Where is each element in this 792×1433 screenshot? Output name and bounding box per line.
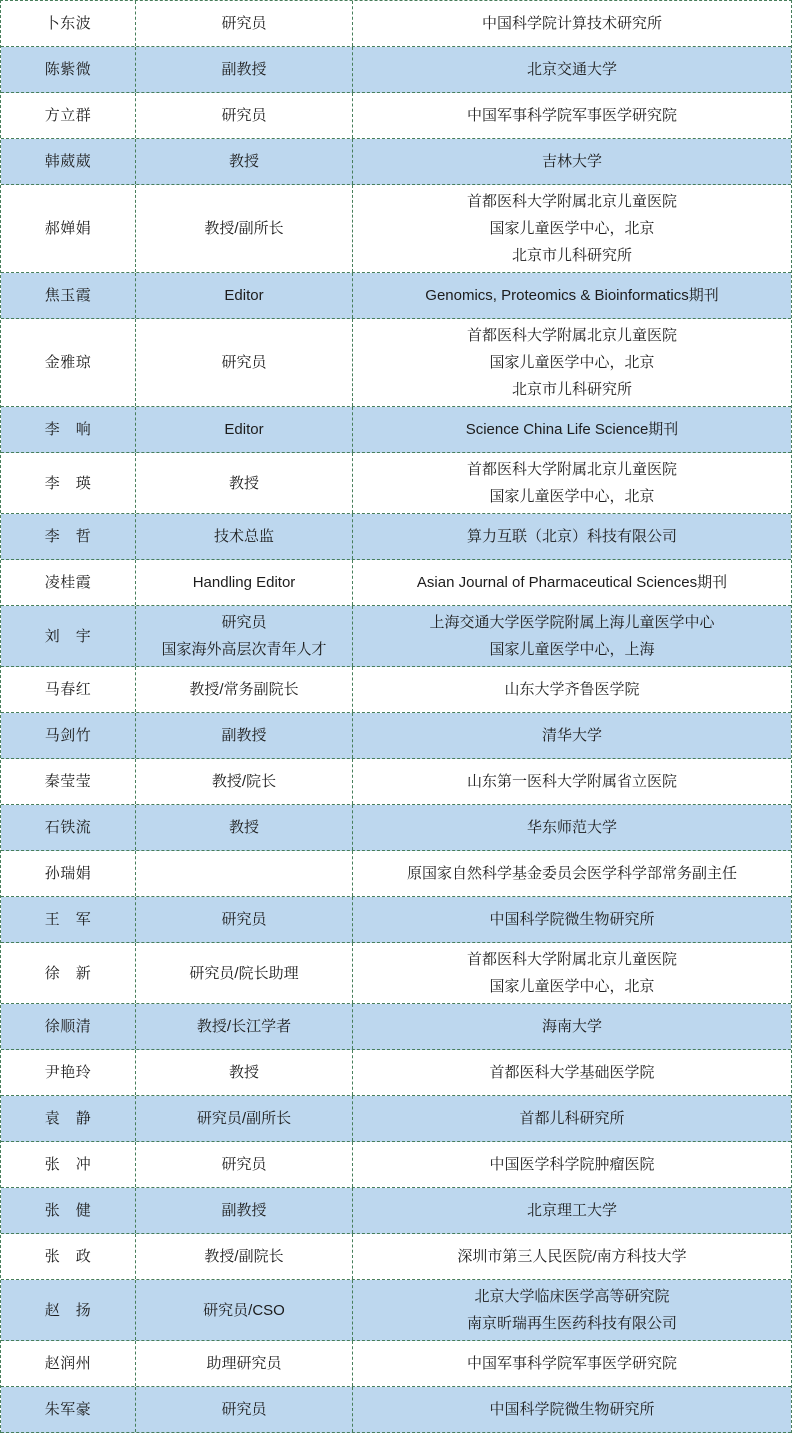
member-name-cell: 郝婵娟 — [1, 185, 136, 272]
member-title-line: 教授 — [229, 148, 259, 175]
member-title-line: 国家海外高层次青年人才 — [161, 636, 326, 663]
member-affiliation-cell: 中国科学院微生物研究所 — [353, 1387, 791, 1432]
member-affiliation-cell: 华东师范大学 — [353, 805, 791, 850]
member-title-cell: 教授/院长 — [136, 759, 353, 804]
member-name-cell: 方立群 — [1, 93, 136, 138]
member-title-line: 研究员/院长助理 — [189, 960, 298, 987]
table-row: 张 政教授/副院长深圳市第三人民医院/南方科技大学 — [1, 1234, 791, 1280]
member-title-cell: 研究员/院长助理 — [136, 943, 353, 1003]
table-row: 韩葳葳教授吉林大学 — [1, 139, 791, 185]
member-affiliation-cell: 中国医学科学院肿瘤医院 — [353, 1142, 791, 1187]
member-title-line: 研究员 — [221, 349, 266, 376]
member-affiliation-cell: 上海交通大学医学院附属上海儿童医学中心国家儿童医学中心，上海 — [353, 606, 791, 666]
member-affiliation-line: 中国医学科学院肿瘤医院 — [489, 1151, 654, 1178]
member-name-cell: 张 冲 — [1, 1142, 136, 1187]
member-affiliation-line: 北京交通大学 — [527, 56, 617, 83]
member-title-cell: 副教授 — [136, 47, 353, 92]
table-row: 尹艳玲教授首都医科大学基础医学院 — [1, 1050, 791, 1096]
member-affiliation-line: 首都医科大学附属北京儿童医院 — [467, 188, 677, 215]
member-affiliation-line: Science China Life Science期刊 — [466, 416, 679, 443]
member-title-cell: 助理研究员 — [136, 1341, 353, 1386]
member-affiliation-line: Asian Journal of Pharmaceutical Sciences… — [417, 569, 727, 596]
member-title-cell: 副教授 — [136, 1188, 353, 1233]
member-name-cell: 张 政 — [1, 1234, 136, 1279]
member-title-line: 研究员 — [221, 1151, 266, 1178]
member-name: 袁 静 — [45, 1105, 92, 1132]
member-name-cell: 卜东波 — [1, 1, 136, 46]
table-row: 刘 宇研究员国家海外高层次青年人才上海交通大学医学院附属上海儿童医学中心国家儿童… — [1, 606, 791, 667]
member-affiliation-cell: 首都医科大学附属北京儿童医院国家儿童医学中心，北京北京市儿科研究所 — [353, 319, 791, 406]
member-name: 郝婵娟 — [45, 215, 92, 242]
member-affiliation-line: 原国家自然科学基金委员会医学科学部常务副主任 — [407, 860, 737, 887]
member-affiliation-line: 山东第一医科大学附属省立医院 — [467, 768, 677, 795]
table-row: 石铁流教授华东师范大学 — [1, 805, 791, 851]
member-affiliation-line: 中国科学院微生物研究所 — [489, 906, 654, 933]
member-name: 方立群 — [45, 102, 92, 129]
member-title-line: 教授/院长 — [212, 768, 276, 795]
member-affiliation-cell: 中国军事科学院军事医学研究院 — [353, 1341, 791, 1386]
member-title-line: 教授 — [229, 814, 259, 841]
table-row: 马剑竹副教授清华大学 — [1, 713, 791, 759]
member-affiliation-cell: 首都医科大学附属北京儿童医院国家儿童医学中心，北京 — [353, 453, 791, 513]
member-affiliation-cell: 首都医科大学附属北京儿童医院国家儿童医学中心，北京北京市儿科研究所 — [353, 185, 791, 272]
member-name: 陈紫微 — [45, 56, 92, 83]
member-title-line: 研究员 — [221, 102, 266, 129]
member-name-cell: 尹艳玲 — [1, 1050, 136, 1095]
member-name: 卜东波 — [45, 10, 92, 37]
member-name-cell: 李 瑛 — [1, 453, 136, 513]
member-name: 徐 新 — [45, 960, 92, 987]
member-name: 金雅琼 — [45, 349, 92, 376]
table-row: 焦玉霞EditorGenomics, Proteomics & Bioinfor… — [1, 273, 791, 319]
table-row: 凌桂霞Handling EditorAsian Journal of Pharm… — [1, 560, 791, 606]
table-row: 郝婵娟教授/副所长首都医科大学附属北京儿童医院国家儿童医学中心，北京北京市儿科研… — [1, 185, 791, 273]
member-affiliation-line: 南京昕瑞再生医药科技有限公司 — [467, 1310, 677, 1337]
member-name: 李 响 — [45, 416, 92, 443]
member-name-cell: 徐顺清 — [1, 1004, 136, 1049]
table-row: 王 军研究员中国科学院微生物研究所 — [1, 897, 791, 943]
member-name-cell: 石铁流 — [1, 805, 136, 850]
table-row: 卜东波研究员中国科学院计算技术研究所 — [1, 1, 791, 47]
member-name-cell: 李 哲 — [1, 514, 136, 559]
table-row: 马春红教授/常务副院长山东大学齐鲁医学院 — [1, 667, 791, 713]
member-name-cell: 陈紫微 — [1, 47, 136, 92]
member-title-line: 研究员 — [221, 1396, 266, 1423]
member-title-cell: Editor — [136, 407, 353, 452]
member-title-line: 副教授 — [221, 56, 266, 83]
member-name-cell: 金雅琼 — [1, 319, 136, 406]
member-title-line: 教授/副院长 — [204, 1243, 283, 1270]
member-affiliation-line: 国家儿童医学中心，北京 — [489, 483, 654, 510]
member-name: 赵 扬 — [45, 1297, 92, 1324]
member-title-line: 副教授 — [221, 722, 266, 749]
member-title-cell: 技术总监 — [136, 514, 353, 559]
table-row: 徐 新研究员/院长助理首都医科大学附属北京儿童医院国家儿童医学中心，北京 — [1, 943, 791, 1004]
member-title-cell: 研究员 — [136, 1387, 353, 1432]
member-affiliation-line: 国家儿童医学中心，北京 — [489, 349, 654, 376]
member-affiliation-line: 中国军事科学院军事医学研究院 — [467, 1350, 677, 1377]
member-name: 马剑竹 — [45, 722, 92, 749]
member-name: 秦莹莹 — [45, 768, 92, 795]
member-name-cell: 王 军 — [1, 897, 136, 942]
table-row: 李 响EditorScience China Life Science期刊 — [1, 407, 791, 453]
member-affiliation-line: 北京理工大学 — [527, 1197, 617, 1224]
table-row: 张 健副教授北京理工大学 — [1, 1188, 791, 1234]
member-name-cell: 凌桂霞 — [1, 560, 136, 605]
member-name-cell: 李 响 — [1, 407, 136, 452]
member-affiliation-cell: 中国科学院计算技术研究所 — [353, 1, 791, 46]
member-name-cell: 马春红 — [1, 667, 136, 712]
member-title-cell: 副教授 — [136, 713, 353, 758]
table-row: 朱军豪研究员中国科学院微生物研究所 — [1, 1387, 791, 1433]
member-name-cell: 赵润州 — [1, 1341, 136, 1386]
member-title-cell: 教授/副所长 — [136, 185, 353, 272]
member-title-line: 副教授 — [221, 1197, 266, 1224]
member-affiliation-line: Genomics, Proteomics & Bioinformatics期刊 — [425, 282, 718, 309]
member-affiliation-line: 清华大学 — [542, 722, 602, 749]
member-title-line: 助理研究员 — [206, 1350, 281, 1377]
member-title-cell: 教授/长江学者 — [136, 1004, 353, 1049]
member-name: 孙瑞娟 — [45, 860, 92, 887]
member-name: 凌桂霞 — [45, 569, 92, 596]
member-affiliation-cell: 首都儿科研究所 — [353, 1096, 791, 1141]
member-affiliation-line: 国家儿童医学中心，北京 — [489, 973, 654, 1000]
table-row: 赵 扬研究员/CSO北京大学临床医学高等研究院南京昕瑞再生医药科技有限公司 — [1, 1280, 791, 1341]
member-affiliation-cell: 吉林大学 — [353, 139, 791, 184]
member-affiliation-line: 深圳市第三人民医院/南方科技大学 — [457, 1243, 686, 1270]
member-affiliation-line: 中国科学院计算技术研究所 — [482, 10, 662, 37]
member-name: 王 军 — [45, 906, 92, 933]
member-affiliation-line: 国家儿童医学中心，上海 — [489, 636, 654, 663]
member-affiliation-line: 上海交通大学医学院附属上海儿童医学中心 — [429, 609, 714, 636]
member-name: 焦玉霞 — [45, 282, 92, 309]
table-row: 陈紫微副教授北京交通大学 — [1, 47, 791, 93]
member-title-cell: 教授 — [136, 453, 353, 513]
member-title-cell: 教授/副院长 — [136, 1234, 353, 1279]
member-affiliation-line: 中国军事科学院军事医学研究院 — [467, 102, 677, 129]
member-title-line: 研究员 — [221, 906, 266, 933]
member-table: 卜东波研究员中国科学院计算技术研究所陈紫微副教授北京交通大学方立群研究员中国军事… — [0, 0, 792, 1433]
member-name-cell: 马剑竹 — [1, 713, 136, 758]
member-title-cell: 研究员/CSO — [136, 1280, 353, 1340]
member-title-line: 研究员 — [221, 10, 266, 37]
member-affiliation-cell: 山东第一医科大学附属省立医院 — [353, 759, 791, 804]
member-title-cell: Editor — [136, 273, 353, 318]
member-affiliation-cell: Asian Journal of Pharmaceutical Sciences… — [353, 560, 791, 605]
member-title-line: 技术总监 — [214, 523, 274, 550]
member-name: 尹艳玲 — [45, 1059, 92, 1086]
member-title-cell — [136, 851, 353, 896]
member-affiliation-line: 中国科学院微生物研究所 — [489, 1396, 654, 1423]
member-title-cell: 研究员/副所长 — [136, 1096, 353, 1141]
member-affiliation-line: 首都儿科研究所 — [519, 1105, 624, 1132]
member-affiliation-line: 北京市儿科研究所 — [512, 242, 632, 269]
member-affiliation-cell: Genomics, Proteomics & Bioinformatics期刊 — [353, 273, 791, 318]
member-title-line: 教授 — [229, 470, 259, 497]
member-title-line: 教授/常务副院长 — [189, 676, 298, 703]
member-name: 韩葳葳 — [45, 148, 92, 175]
member-affiliation-cell: 算力互联（北京）科技有限公司 — [353, 514, 791, 559]
member-title-cell: 教授 — [136, 139, 353, 184]
member-name: 李 瑛 — [45, 470, 92, 497]
member-affiliation-line: 海南大学 — [542, 1013, 602, 1040]
table-row: 张 冲研究员中国医学科学院肿瘤医院 — [1, 1142, 791, 1188]
member-title-cell: 研究员 — [136, 1, 353, 46]
member-title-cell: Handling Editor — [136, 560, 353, 605]
member-affiliation-cell: 山东大学齐鲁医学院 — [353, 667, 791, 712]
member-affiliation-cell: 中国军事科学院军事医学研究院 — [353, 93, 791, 138]
member-affiliation-cell: 深圳市第三人民医院/南方科技大学 — [353, 1234, 791, 1279]
member-affiliation-cell: 中国科学院微生物研究所 — [353, 897, 791, 942]
member-name-cell: 焦玉霞 — [1, 273, 136, 318]
member-affiliation-line: 国家儿童医学中心，北京 — [489, 215, 654, 242]
member-title-cell: 研究员 — [136, 319, 353, 406]
member-affiliation-cell: 清华大学 — [353, 713, 791, 758]
member-affiliation-line: 华东师范大学 — [527, 814, 617, 841]
member-title-cell: 研究员 — [136, 93, 353, 138]
member-affiliation-cell: 海南大学 — [353, 1004, 791, 1049]
member-affiliation-cell: 原国家自然科学基金委员会医学科学部常务副主任 — [353, 851, 791, 896]
member-name: 马春红 — [45, 676, 92, 703]
member-title-line: Editor — [224, 282, 263, 309]
member-affiliation-line: 首都医科大学附属北京儿童医院 — [467, 322, 677, 349]
member-name-cell: 孙瑞娟 — [1, 851, 136, 896]
member-affiliation-line: 山东大学齐鲁医学院 — [504, 676, 639, 703]
member-title-cell: 研究员国家海外高层次青年人才 — [136, 606, 353, 666]
member-affiliation-cell: 首都医科大学基础医学院 — [353, 1050, 791, 1095]
member-affiliation-line: 北京市儿科研究所 — [512, 376, 632, 403]
member-name-cell: 秦莹莹 — [1, 759, 136, 804]
member-title-cell: 教授 — [136, 1050, 353, 1095]
member-affiliation-line: 首都医科大学附属北京儿童医院 — [467, 946, 677, 973]
member-title-line: 教授/副所长 — [204, 215, 283, 242]
member-affiliation-line: 首都医科大学附属北京儿童医院 — [467, 456, 677, 483]
member-title-line: 研究员 — [221, 609, 266, 636]
table-row: 赵润州助理研究员中国军事科学院军事医学研究院 — [1, 1341, 791, 1387]
table-row: 袁 静研究员/副所长首都儿科研究所 — [1, 1096, 791, 1142]
member-affiliation-cell: 北京大学临床医学高等研究院南京昕瑞再生医药科技有限公司 — [353, 1280, 791, 1340]
member-name: 李 哲 — [45, 523, 92, 550]
member-affiliation-line: 首都医科大学基础医学院 — [489, 1059, 654, 1086]
member-name: 徐顺清 — [45, 1013, 92, 1040]
member-name: 刘 宇 — [45, 623, 92, 650]
member-affiliation-cell: 首都医科大学附属北京儿童医院国家儿童医学中心，北京 — [353, 943, 791, 1003]
member-name: 石铁流 — [45, 814, 92, 841]
member-title-cell: 研究员 — [136, 897, 353, 942]
table-row: 徐顺清教授/长江学者海南大学 — [1, 1004, 791, 1050]
table-row: 金雅琼研究员首都医科大学附属北京儿童医院国家儿童医学中心，北京北京市儿科研究所 — [1, 319, 791, 407]
member-name: 张 健 — [45, 1197, 92, 1224]
member-name-cell: 赵 扬 — [1, 1280, 136, 1340]
member-name: 赵润州 — [45, 1350, 92, 1377]
member-affiliation-line: 吉林大学 — [542, 148, 602, 175]
member-name: 张 政 — [45, 1243, 92, 1270]
member-title-cell: 教授/常务副院长 — [136, 667, 353, 712]
member-title-line: 教授 — [229, 1059, 259, 1086]
member-name: 朱军豪 — [45, 1396, 92, 1423]
member-affiliation-line: 北京大学临床医学高等研究院 — [474, 1283, 669, 1310]
table-row: 李 瑛教授首都医科大学附属北京儿童医院国家儿童医学中心，北京 — [1, 453, 791, 514]
member-affiliation-cell: 北京理工大学 — [353, 1188, 791, 1233]
member-name-cell: 韩葳葳 — [1, 139, 136, 184]
member-title-line: 教授/长江学者 — [197, 1013, 291, 1040]
member-affiliation-cell: 北京交通大学 — [353, 47, 791, 92]
member-title-line: Editor — [224, 416, 263, 443]
table-row: 孙瑞娟原国家自然科学基金委员会医学科学部常务副主任 — [1, 851, 791, 897]
member-affiliation-cell: Science China Life Science期刊 — [353, 407, 791, 452]
member-name-cell: 袁 静 — [1, 1096, 136, 1141]
member-title-line: 研究员/CSO — [203, 1297, 285, 1324]
table-row: 方立群研究员中国军事科学院军事医学研究院 — [1, 93, 791, 139]
table-row: 李 哲技术总监算力互联（北京）科技有限公司 — [1, 514, 791, 560]
member-name-cell: 朱军豪 — [1, 1387, 136, 1432]
table-row: 秦莹莹教授/院长山东第一医科大学附属省立医院 — [1, 759, 791, 805]
member-title-cell: 研究员 — [136, 1142, 353, 1187]
member-title-cell: 教授 — [136, 805, 353, 850]
member-title-line: Handling Editor — [193, 569, 296, 596]
member-title-line: 研究员/副所长 — [197, 1105, 291, 1132]
member-name-cell: 刘 宇 — [1, 606, 136, 666]
member-affiliation-line: 算力互联（北京）科技有限公司 — [467, 523, 677, 550]
member-name-cell: 徐 新 — [1, 943, 136, 1003]
member-name: 张 冲 — [45, 1151, 92, 1178]
member-name-cell: 张 健 — [1, 1188, 136, 1233]
